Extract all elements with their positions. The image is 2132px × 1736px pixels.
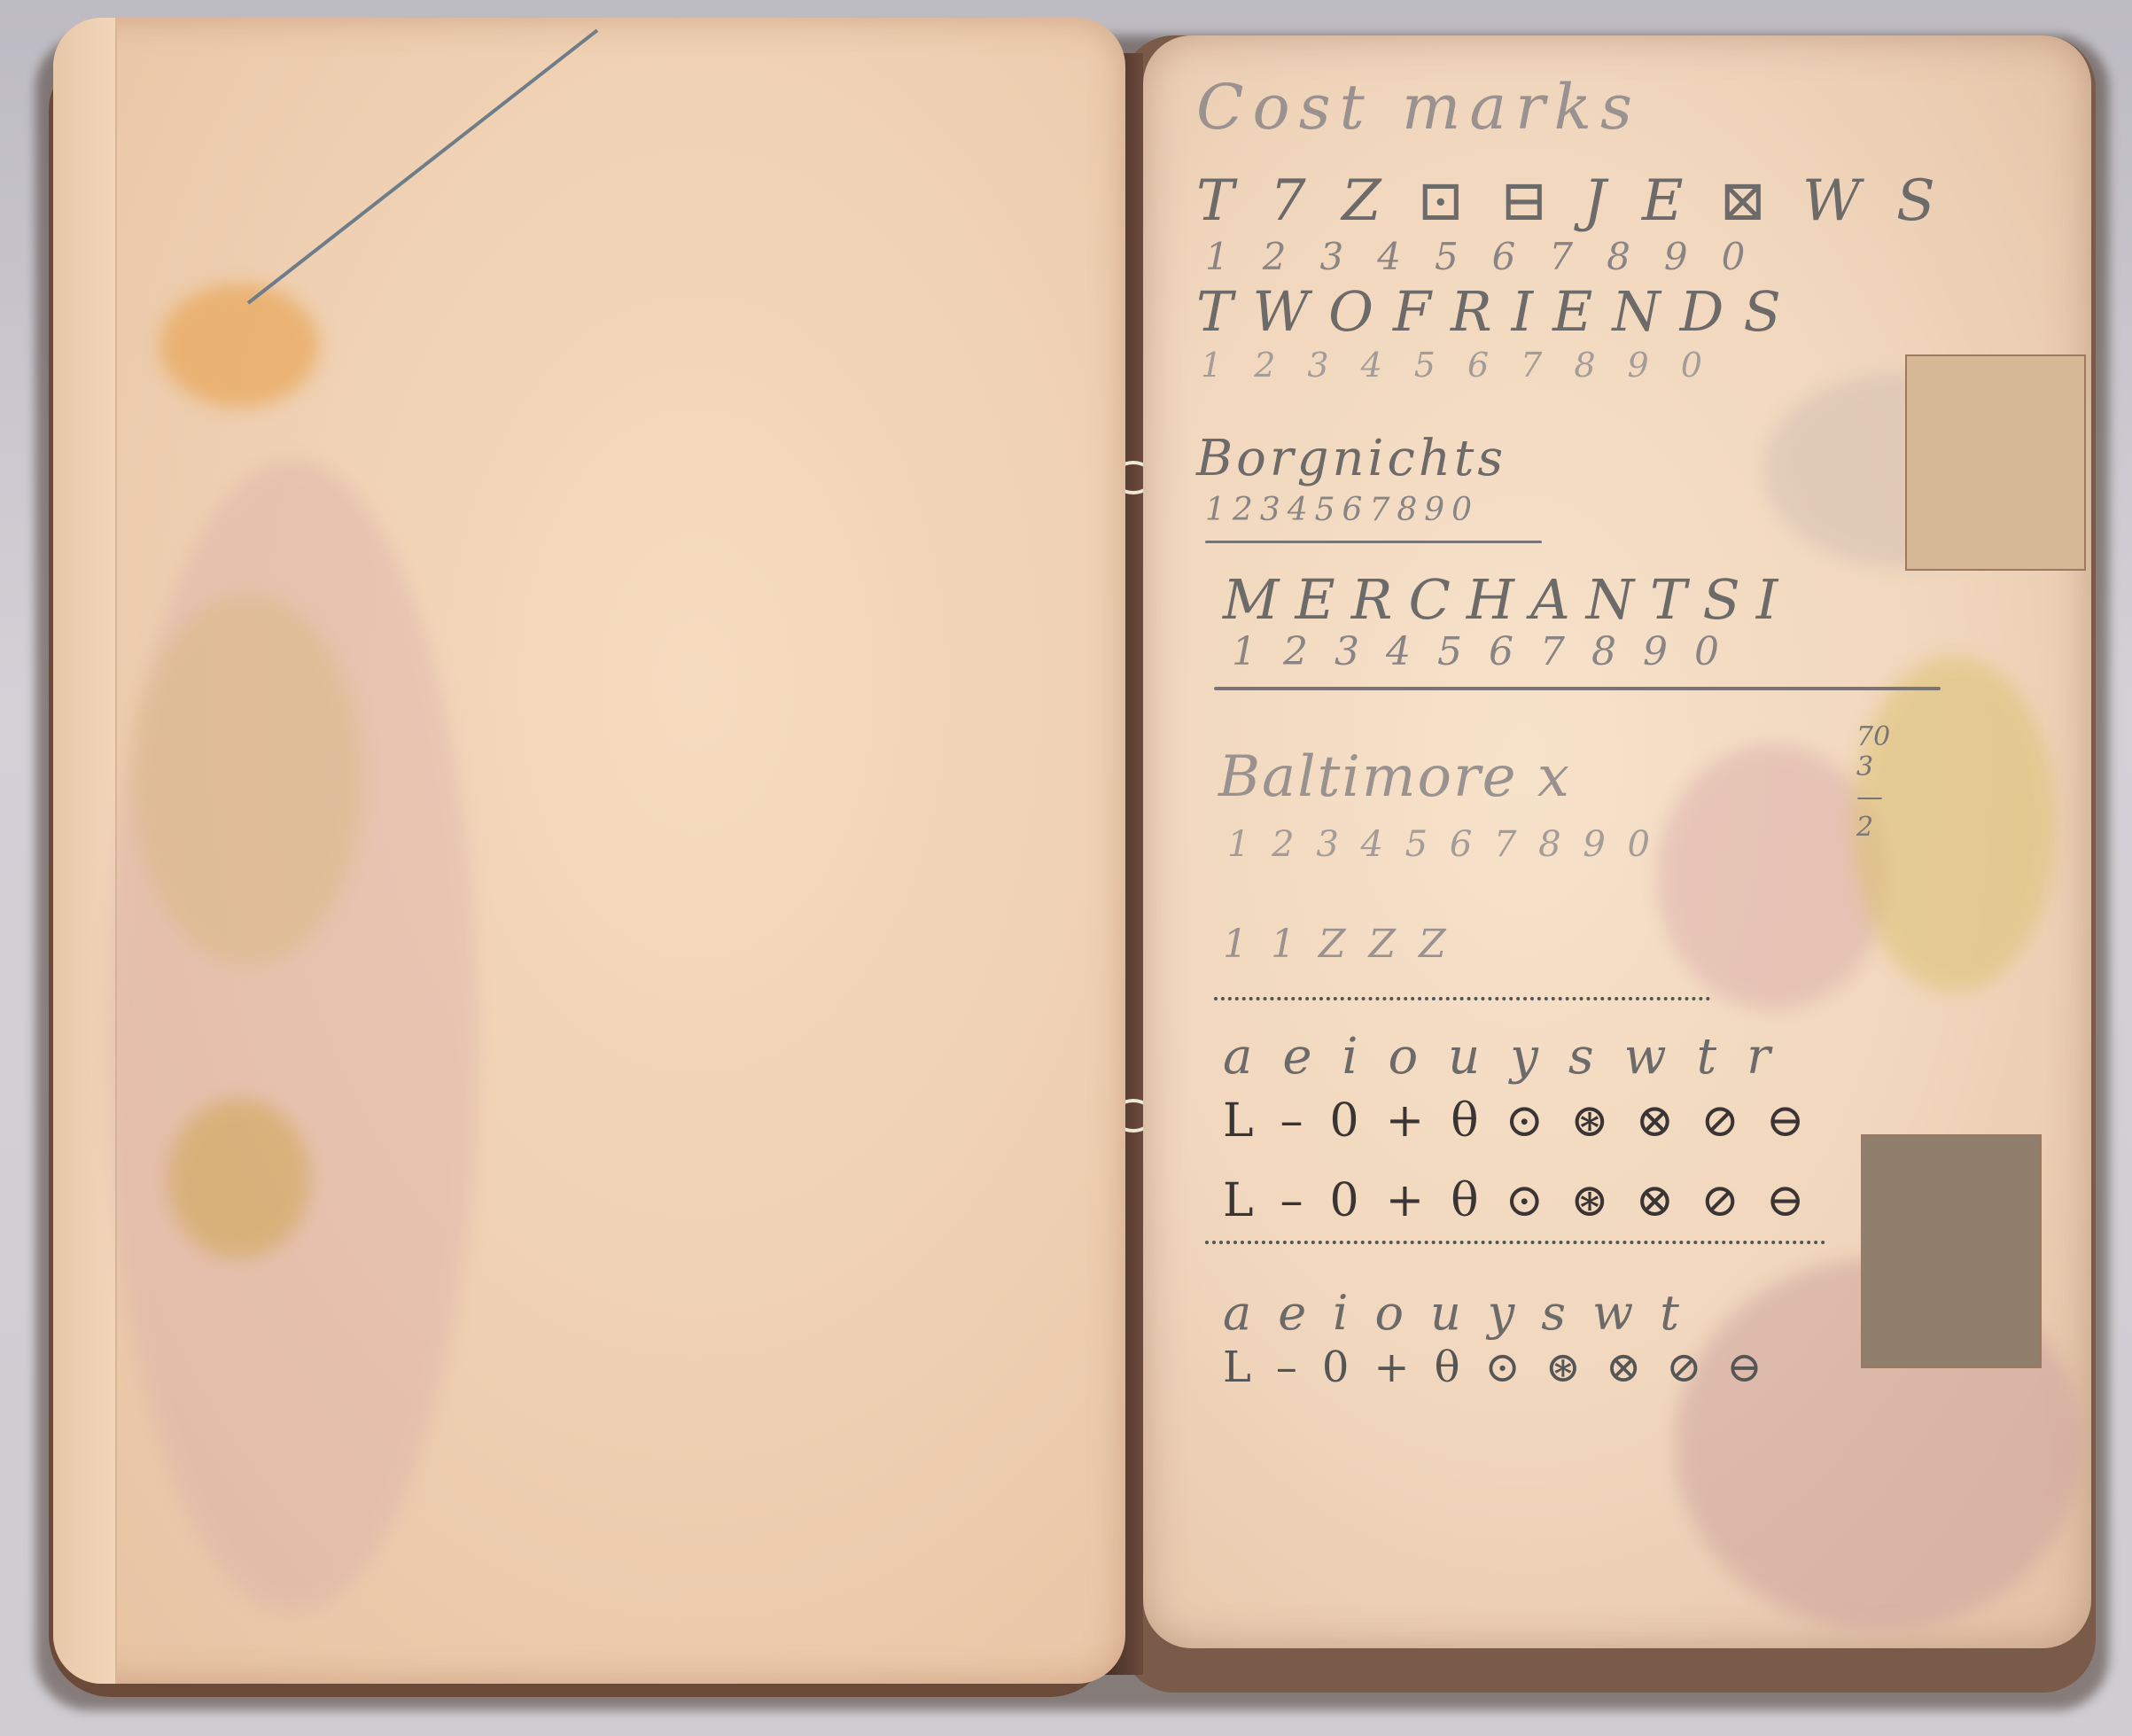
right-page: Cost marks T 7 Z ⊡ ⊟ J E ⊠ W S 123456789… bbox=[1143, 35, 2091, 1648]
left-page bbox=[53, 18, 1125, 1684]
underline-merchants bbox=[1214, 687, 1941, 690]
code-digits-merchants: 1234567890 bbox=[1232, 629, 1746, 674]
page-edges bbox=[53, 18, 117, 1684]
code-row-merchants: MERCHANTSI bbox=[1223, 567, 1794, 632]
yellow-stain-lower bbox=[168, 1099, 310, 1258]
code-digits-two-friends: 1234567890 bbox=[1201, 346, 1734, 385]
wavy-divider-top bbox=[1214, 979, 1710, 1000]
code-letter: Z bbox=[1342, 168, 1389, 234]
vowel-symbols-row-1: L–0+θ⊙⊛⊗⊘⊖ bbox=[1223, 1094, 1831, 1148]
code-letter: ⊠ bbox=[1719, 168, 1776, 234]
vowel-letters-row-1: aeiouyswtr bbox=[1223, 1028, 1801, 1086]
wavy-divider-bottom bbox=[1205, 1223, 1825, 1244]
code-digits-symbols: 1234567890 bbox=[1205, 235, 1778, 278]
heading-cost-marks: Cost marks bbox=[1196, 71, 1641, 144]
code-row-baltimore: Baltimore x bbox=[1218, 744, 1571, 810]
code-row-symbols: T 7 Z ⊡ ⊟ J E ⊠ W S bbox=[1196, 168, 1944, 234]
orange-stain bbox=[160, 284, 319, 408]
code-digits-baltimore: 1 2 3 4 5 6 7 8 9 0 bbox=[1227, 824, 1655, 865]
vowel-letters-row-2: aeiouyswt bbox=[1223, 1285, 1706, 1341]
margin-note: 70 3 — 2 bbox=[1856, 722, 1890, 843]
code-letter: W bbox=[1802, 168, 1870, 234]
vowel-symbols-row-2: L–0+θ⊙⊛⊗⊘⊖ bbox=[1223, 1174, 1831, 1227]
pink-water-stain bbox=[106, 461, 479, 1613]
underline-borgnichts bbox=[1205, 541, 1542, 543]
pasted-paper-tab-top bbox=[1905, 354, 2086, 571]
code-row-borgnichts: Borgnichts bbox=[1196, 430, 1506, 487]
code-letter: ⊡ bbox=[1417, 168, 1474, 234]
code-letter: S bbox=[1896, 168, 1944, 234]
code-letter: 7 bbox=[1270, 168, 1315, 234]
pasted-paper-tab-bottom bbox=[1861, 1134, 2042, 1368]
code-letter: E bbox=[1642, 168, 1692, 234]
code-digits-borgnichts: 1234567890 bbox=[1205, 492, 1479, 528]
code-letter: ⊟ bbox=[1500, 168, 1557, 234]
pink-stain-mid bbox=[1657, 744, 1887, 1010]
code-letter: T bbox=[1196, 168, 1243, 234]
code-row-two-friends: TWOFRIENDS bbox=[1196, 279, 1801, 344]
diagonal-pencil-line bbox=[247, 29, 598, 305]
extra-note: 1 1 Z Z Z bbox=[1223, 922, 1451, 967]
code-letter: J bbox=[1583, 168, 1615, 234]
vowel-symbols-row-3: L–0+θ⊙⊛⊗⊘⊖ bbox=[1223, 1343, 1787, 1392]
